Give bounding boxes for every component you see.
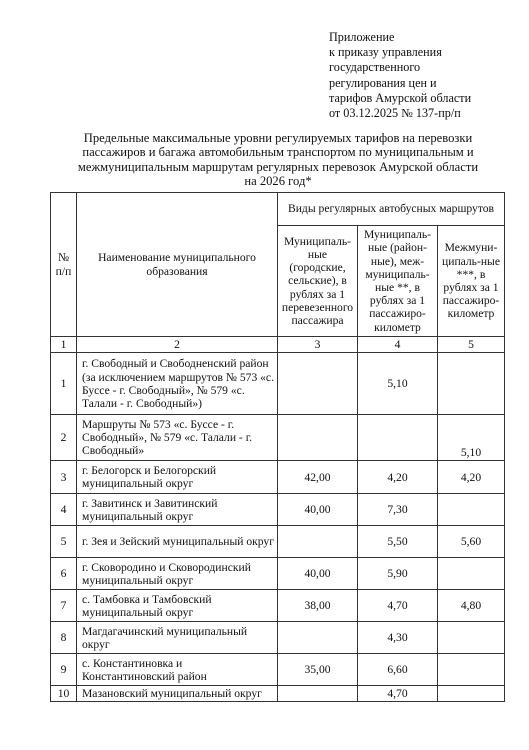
row-number: 4 (51, 494, 77, 526)
tariff-municipal-city: 38,00 (278, 590, 358, 622)
tariff-municipal-city (278, 622, 358, 654)
appendix-line: тарифов Амурской области (329, 91, 471, 106)
header-route-types: Виды регулярных автобусных маршрутов (278, 193, 505, 226)
table-row: 9с. Константиновка и Константиновский ра… (51, 654, 505, 686)
tariff-municipal-district: 4,30 (358, 622, 438, 654)
column-index: 5 (438, 337, 505, 353)
municipality-name: с. Константиновка и Константиновский рай… (77, 654, 278, 686)
tariff-municipal-city (278, 686, 358, 702)
header-name: Наименование муниципального образования (77, 193, 278, 337)
tariff-municipal-district: 5,10 (358, 353, 438, 415)
tariff-municipal-district: 4,70 (358, 686, 438, 702)
title-line: пассажиров и багажа автомобильным трансп… (52, 145, 504, 159)
tariff-municipal-city: 40,00 (278, 558, 358, 590)
municipality-name: Маршруты № 573 «с. Буссе - г. Свободный»… (77, 415, 278, 461)
tariff-intermunicipal (438, 686, 505, 702)
table-row: 3г. Белогорск и Белогорский муниципальны… (51, 461, 505, 494)
table-row: 2Маршруты № 573 «с. Буссе - г. Свободный… (51, 415, 505, 461)
tariff-municipal-district: 6,60 (358, 654, 438, 686)
title-line: межмуниципальным маршрутам регулярных пе… (52, 160, 504, 174)
tariff-intermunicipal (438, 622, 505, 654)
table-row: 8Магдагачинский муниципальный округ4,30 (51, 622, 505, 654)
municipality-name: г. Белогорск и Белогорский муниципальный… (77, 461, 278, 494)
municipality-name: г. Завитинск и Завитинский муниципальный… (77, 494, 278, 526)
appendix-header: Приложение к приказу управления государс… (329, 30, 471, 121)
row-number: 3 (51, 461, 77, 494)
municipality-name: с. Тамбовка и Тамбовский муниципальный о… (77, 590, 278, 622)
tariff-municipal-district: 5,50 (358, 526, 438, 558)
tariff-intermunicipal: 4,80 (438, 590, 505, 622)
table-row: 6г. Сковородино и Сковородинский муницип… (51, 558, 505, 590)
row-number: 1 (51, 353, 77, 415)
appendix-line: к приказу управления (329, 45, 471, 60)
tariff-municipal-city: 40,00 (278, 494, 358, 526)
row-number: 5 (51, 526, 77, 558)
tariff-intermunicipal: 5,10 (438, 415, 505, 461)
column-index: 3 (278, 337, 358, 353)
appendix-line: Приложение (329, 30, 471, 45)
tariff-municipal-district: 7,30 (358, 494, 438, 526)
tariff-intermunicipal (438, 558, 505, 590)
row-number: 6 (51, 558, 77, 590)
tariff-intermunicipal: 4,20 (438, 461, 505, 494)
header-num: № п/п (51, 193, 77, 337)
row-number: 2 (51, 415, 77, 461)
tariff-municipal-city (278, 353, 358, 415)
column-index: 4 (358, 337, 438, 353)
title-line: Предельные максимальные уровни регулируе… (52, 131, 504, 145)
tariff-municipal-district (358, 415, 438, 461)
municipality-name: г. Зея и Зейский муниципальный округ (77, 526, 278, 558)
column-index: 2 (77, 337, 278, 353)
tariff-municipal-city: 42,00 (278, 461, 358, 494)
table-row: 10Мазановский муниципальный округ4,70 (51, 686, 505, 702)
tariff-intermunicipal (438, 353, 505, 415)
tariff-municipal-district: 4,70 (358, 590, 438, 622)
tariff-municipal-city: 35,00 (278, 654, 358, 686)
municipality-name: г. Свободный и Свободненский район (за и… (77, 353, 278, 415)
tariff-intermunicipal (438, 654, 505, 686)
row-number: 9 (51, 654, 77, 686)
row-number: 7 (51, 590, 77, 622)
tariff-intermunicipal (438, 494, 505, 526)
tariff-table: № п/п Наименование муниципального образо… (50, 192, 505, 702)
municipality-name: Магдагачинский муниципальный округ (77, 622, 278, 654)
municipality-name: Мазановский муниципальный округ (77, 686, 278, 702)
municipality-name: г. Сковородино и Сковородинский муниципа… (77, 558, 278, 590)
appendix-line: от 03.12.2025 № 137-пр/п (329, 106, 471, 121)
tariff-municipal-district: 4,20 (358, 461, 438, 494)
tariff-municipal-district: 5,90 (358, 558, 438, 590)
table-row: 7с. Тамбовка и Тамбовский муниципальный … (51, 590, 505, 622)
header-municipal-city: Муниципаль-ные (городские, сельские), в … (278, 226, 358, 337)
appendix-line: регулирования цен и (329, 76, 471, 91)
row-number: 8 (51, 622, 77, 654)
tariff-municipal-city (278, 526, 358, 558)
title-line: на 2026 год* (52, 174, 504, 188)
row-number: 10 (51, 686, 77, 702)
column-index-row: 1 2 3 4 5 (51, 337, 505, 353)
header-municipal-district: Муниципаль-ные (район-ные), меж-муниципа… (358, 226, 438, 337)
table-row: 5г. Зея и Зейский муниципальный округ5,5… (51, 526, 505, 558)
tariff-intermunicipal: 5,60 (438, 526, 505, 558)
appendix-line: государственного (329, 60, 471, 75)
table-row: 4г. Завитинск и Завитинский муниципальны… (51, 494, 505, 526)
tariff-municipal-city (278, 415, 358, 461)
header-intermunicipal: Межмуни-ципаль-ные ***, в рублях за 1 па… (438, 226, 505, 337)
column-index: 1 (51, 337, 77, 353)
document-title: Предельные максимальные уровни регулируе… (52, 131, 504, 189)
table-row: 1г. Свободный и Свободненский район (за … (51, 353, 505, 415)
